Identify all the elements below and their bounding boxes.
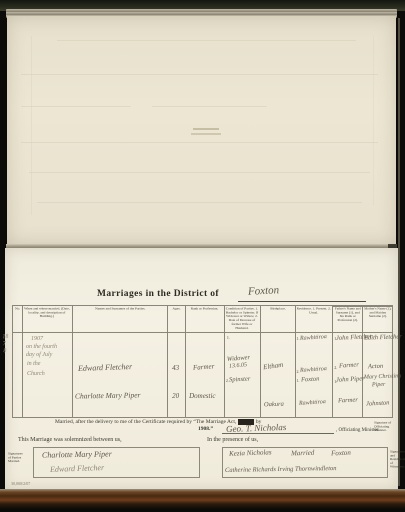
witnesses-signature-box: Kezia Nicholas Married Foxton Catherine … xyxy=(222,447,388,478)
witness2-line: Catherine Richards Irving Thornwindleton xyxy=(225,465,337,474)
bride-rank: Domestic xyxy=(189,392,215,400)
bride-father-rank: Farmer xyxy=(338,396,358,404)
bride-mother-name-2: Piper xyxy=(372,382,386,388)
cell-father: 1. John Fletcher 2. Farmer 1. John Piper… xyxy=(333,333,363,417)
bride-residence-usual: Rawhitiroa xyxy=(298,399,325,407)
witness1-name: Kezia Nicholas xyxy=(229,448,272,457)
ghost-line xyxy=(57,40,356,41)
ghost-line-vertical xyxy=(373,36,374,205)
header-when: When and where married. (Date, locality,… xyxy=(23,306,73,332)
header-father: Father's Name and Surname (1), and his R… xyxy=(333,307,363,332)
groom-residence-present: Rawhitiroa xyxy=(299,334,326,342)
district-underline xyxy=(238,301,366,302)
when-month: day of July xyxy=(26,352,52,358)
cell-when: 1907 on the fourth day of July in the Ch… xyxy=(23,333,73,417)
bride-mother-maiden: Johnston xyxy=(366,399,390,407)
witnesses-side-note: Signatures and Residences of Witnesses. xyxy=(390,450,403,469)
groom-signature: Edward Fletcher xyxy=(50,463,104,474)
ghost-smudge xyxy=(193,128,219,130)
bride-name: Charlotte Mary Piper xyxy=(75,390,141,400)
ghost-smudge xyxy=(191,133,221,135)
header-rank: Rank or Profession. xyxy=(186,306,225,332)
cell-rank: Farmer Domestic xyxy=(186,333,225,417)
groom-name: Edward Fletcher xyxy=(78,362,132,373)
parties-side-note: Signatures of Parties Married. xyxy=(8,452,25,463)
when-inthe: in the xyxy=(27,361,41,367)
printed-marker: 1. xyxy=(297,378,300,383)
table-header-row: No. When and where married. (Date, local… xyxy=(12,305,393,333)
groom-condition-date: 13.6.05 xyxy=(229,362,247,370)
page-title: Marriages in the District of xyxy=(97,289,219,299)
register-photo: 18 7 8 Marriages in the District of Foxt… xyxy=(0,0,405,512)
when-year: 1907 xyxy=(31,336,43,342)
cell-names: Edward Fletcher Charlotte Mary Piper xyxy=(73,333,168,417)
ghost-line xyxy=(21,106,131,107)
cell-birthplace: Eltham Oakura xyxy=(261,333,296,417)
printed-marker: 2. xyxy=(334,365,337,370)
groom-residence-usual: Rawhitiroa xyxy=(299,366,326,374)
cell-condition: 1. Widower 13.6.05 2. Spinster xyxy=(225,333,261,417)
bride-residence-present: Foxton xyxy=(300,376,319,384)
parties-signature-box: Charlotte Mary Piper Edward Fletcher xyxy=(33,447,200,478)
groom-birthplace: Eltham xyxy=(262,361,283,372)
cell-ages: 43 20 xyxy=(168,333,186,417)
ghost-line-vertical xyxy=(31,36,32,215)
witnesses-label: In the presence of us, xyxy=(207,437,258,443)
header-birthplace: Birthplace. xyxy=(261,306,296,332)
groom-mother-maiden: Acton xyxy=(368,363,383,371)
table-entry-row: 1907 on the fourth day of July in the Ch… xyxy=(12,333,393,418)
bride-signature: Charlotte Mary Piper xyxy=(42,449,112,459)
printed-marker: 1. xyxy=(227,335,230,340)
margin-note-line: 8 xyxy=(3,348,9,356)
certification-text: Married, after the delivery to me of the… xyxy=(55,419,236,425)
cell-residence: 1. Rawhitiroa 2. Rawhitiroa 1. Foxton Ra… xyxy=(296,333,334,417)
groom-father-rank: Farmer xyxy=(339,361,359,369)
upper-blank-page xyxy=(7,16,396,245)
page-right-edge xyxy=(398,18,400,486)
solemnized-label: This Marriage was solemnized between us, xyxy=(18,437,122,443)
bride-age: 20 xyxy=(172,392,179,400)
bride-birthplace: Oakura xyxy=(264,401,284,409)
groom-age: 43 xyxy=(172,364,179,372)
when-building: Church xyxy=(27,371,45,377)
header-names: Names and Surnames of the Parties. xyxy=(73,306,168,332)
header-residence: Residence. 1. Present. 2. Usual. xyxy=(296,306,334,332)
ghost-line xyxy=(21,74,378,75)
header-no: No. xyxy=(13,306,23,332)
bride-condition: Spinster xyxy=(229,375,251,383)
ghost-line xyxy=(152,106,267,107)
cell-no xyxy=(13,333,23,417)
ghost-line xyxy=(29,172,370,173)
book-bottom-edge xyxy=(0,489,405,511)
minister-signature-line xyxy=(222,433,334,434)
header-ages: Ages. xyxy=(168,306,186,332)
header-parents: Parents. Father's Name and Surname (1), … xyxy=(333,306,392,332)
witness1-residence: Foxton xyxy=(331,449,351,458)
groom-rank: Farmer xyxy=(193,362,215,371)
minister-label: , Officiating Minister. xyxy=(336,428,380,433)
minister-side-note: Signature of Officiating Minister. xyxy=(374,421,396,432)
witness1-condition: Married xyxy=(291,449,315,458)
cell-mother: Edith Fletcher Acton Mary Christina Pipe… xyxy=(363,333,392,417)
header-condition: Condition of Parties. 1. Bachelor or Spi… xyxy=(225,306,261,332)
bride-father-name: John Piper xyxy=(336,375,365,383)
district-handwritten: Foxton xyxy=(248,284,280,298)
ghost-line xyxy=(37,202,362,203)
header-mother: Mother's Name (1), and Maiden Surname (2… xyxy=(363,307,392,332)
groom-mother-name: Edith Fletcher xyxy=(364,333,402,341)
act-year: 1908.” xyxy=(198,426,213,432)
ghost-line xyxy=(21,142,378,143)
register-table: No. When and where married. (Date, local… xyxy=(12,305,393,418)
when-day: on the fourth xyxy=(26,344,57,350)
form-code: 30,000/2/07 xyxy=(11,481,30,486)
